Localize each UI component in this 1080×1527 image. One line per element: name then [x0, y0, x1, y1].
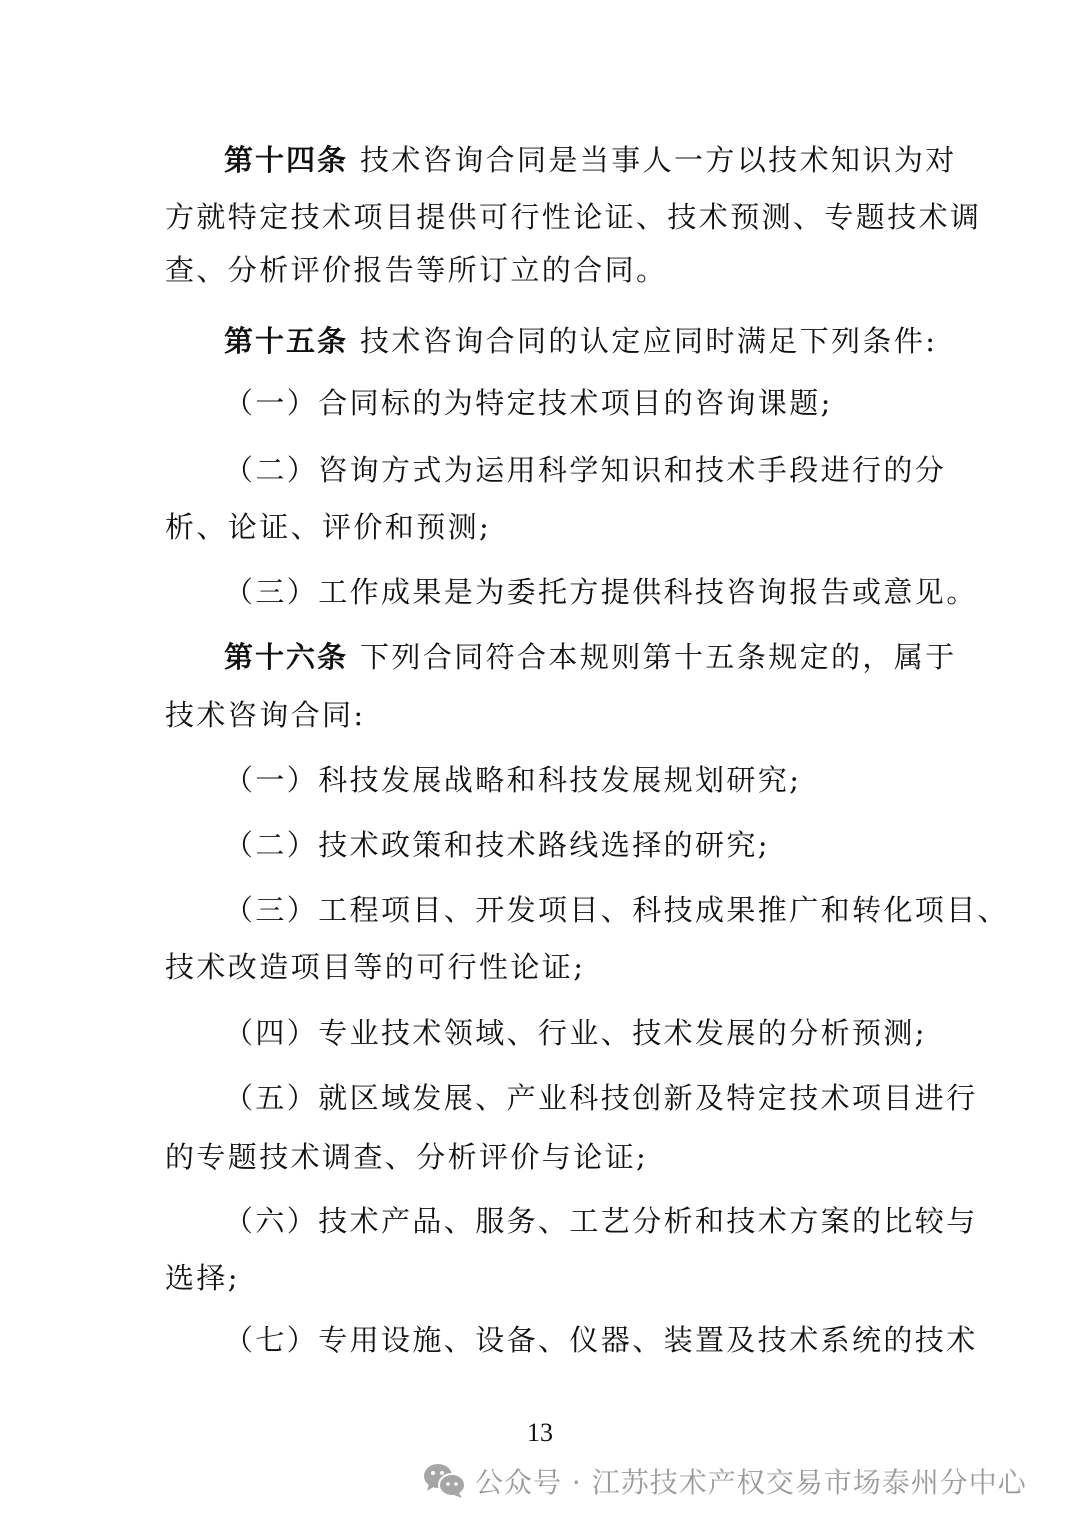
- article-16-item-6-cont: 选择;: [165, 1258, 915, 1298]
- article-16-item-4: （四）专业技术领域、行业、技术发展的分析预测;: [224, 1013, 916, 1053]
- article-16-item-3: （三）工程项目、开发项目、科技成果推广和转化项目、: [224, 890, 916, 930]
- article-15-line-1: 第十五条技术咨询合同的认定应同时满足下列条件:: [224, 321, 916, 361]
- article-15-item-3: （三）工作成果是为委托方提供科技咨询报告或意见。: [224, 572, 916, 612]
- article-15-item-2-cont: 析、论证、评价和预测;: [165, 507, 915, 547]
- article-16-item-5-cont: 的专题技术调查、分析评价与论证;: [165, 1137, 915, 1177]
- page-number: 13: [0, 1418, 1080, 1448]
- article-16-line-2: 技术咨询合同:: [165, 695, 915, 735]
- article-16-item-6: （六）技术产品、服务、工艺分析和技术方案的比较与: [224, 1201, 916, 1241]
- article-heading: 第十四条: [224, 143, 348, 177]
- article-16-item-3-cont: 技术改造项目等的可行性论证;: [165, 947, 915, 987]
- article-14-line-1: 第十四条技术咨询合同是当事人一方以技术知识为对: [224, 140, 916, 180]
- wechat-icon: [423, 1462, 467, 1500]
- watermark-text: 公众号 · 江苏技术产权交易市场泰州分中心: [475, 1461, 1027, 1501]
- watermark: 公众号 · 江苏技术产权交易市场泰州分中心: [423, 1461, 1027, 1501]
- article-heading: 第十六条: [224, 640, 348, 674]
- article-16-item-2: （二）技术政策和技术路线选择的研究;: [224, 825, 916, 865]
- document-page: 第十四条技术咨询合同是当事人一方以技术知识为对 方就特定技术项目提供可行性论证、…: [0, 0, 1080, 1527]
- article-15-item-2: （二）咨询方式为运用科学知识和技术手段进行的分: [224, 450, 916, 490]
- article-14-line-3: 查、分析评价报告等所订立的合同。: [165, 250, 915, 290]
- article-16-item-7: （七）专用设施、设备、仪器、装置及技术系统的技术: [224, 1320, 916, 1360]
- article-16-item-1: （一）科技发展战略和科技发展规划研究;: [224, 760, 916, 800]
- article-15-item-1: （一）合同标的为特定技术项目的咨询课题;: [224, 383, 916, 423]
- article-16-line-1: 第十六条下列合同符合本规则第十五条规定的，属于: [224, 637, 916, 677]
- article-16-item-5: （五）就区域发展、产业科技创新及特定技术项目进行: [224, 1078, 916, 1118]
- article-heading: 第十五条: [224, 324, 348, 358]
- article-14-line-2: 方就特定技术项目提供可行性论证、技术预测、专题技术调: [165, 197, 915, 237]
